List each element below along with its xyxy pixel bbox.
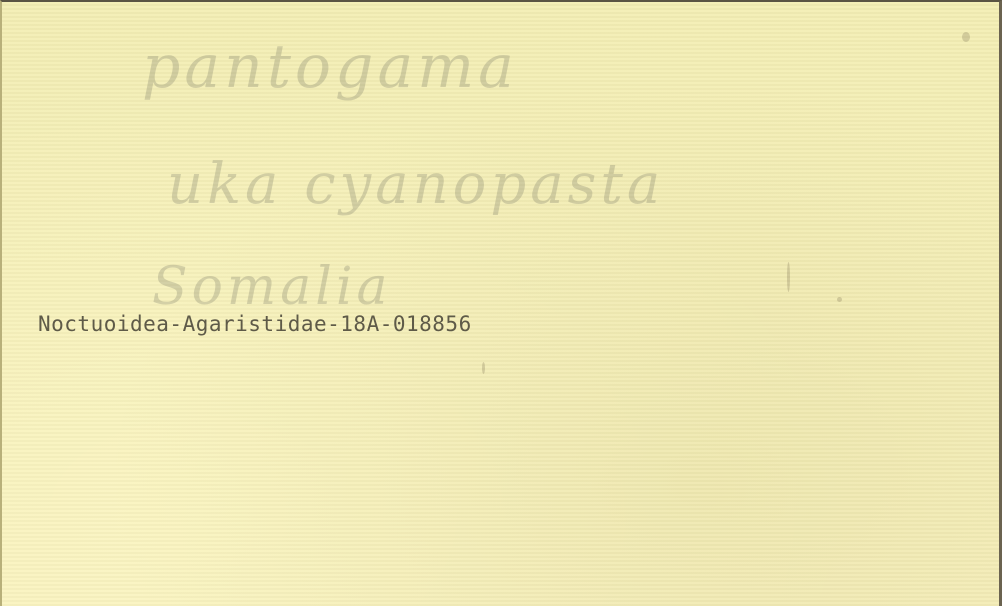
catalog-label: Noctuoidea-Agaristidae-18A-018856 [38,312,472,336]
stain-speck [787,262,790,292]
handwritten-genus: pantogama [142,32,518,102]
handwritten-locality: Somalia [152,257,392,317]
handwritten-species: uka cyanopasta [167,152,664,217]
specimen-card: pantogama uka cyanopasta Somalia Noctuoi… [0,0,1002,606]
stain-speck [837,297,842,302]
stain-speck [482,362,485,374]
stain-speck [962,32,970,42]
